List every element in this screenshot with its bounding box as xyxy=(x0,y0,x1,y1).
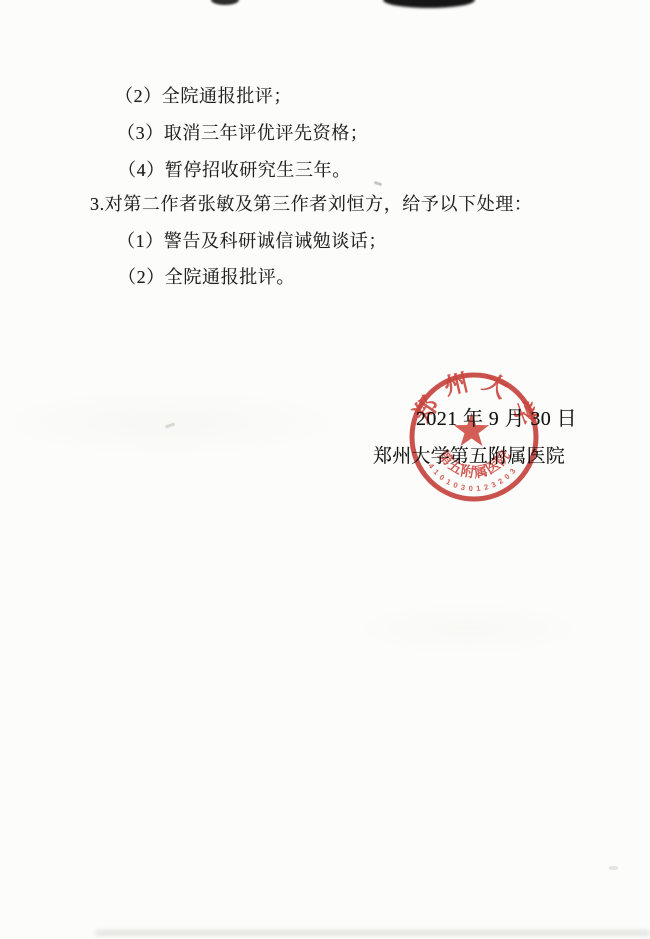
body-line-item-2: （2）全院通报批评； xyxy=(115,82,292,108)
scan-artifact-top-streak xyxy=(383,0,475,8)
body-line-item-1: （1）警告及科研诚信诫勉谈话； xyxy=(117,227,387,253)
scan-speck xyxy=(609,866,618,870)
scan-artifact-top-small xyxy=(211,0,239,5)
scan-speck xyxy=(374,181,383,186)
body-line-item-4: （4）暂停招收研究生三年。 xyxy=(118,156,351,182)
hospital-seal-stamp: 郑州大学 第五附属医院 4101030123203 xyxy=(407,370,541,504)
star-icon xyxy=(454,413,489,447)
scan-speck xyxy=(165,422,175,428)
body-line-clause-3: 3.对第二作者张敏及第三作者刘恒方，给予以下处理： xyxy=(90,190,533,216)
document-page: （2）全院通报批评； （3）取消三年评优评先资格； （4）暂停招收研究生三年。 … xyxy=(0,0,650,939)
body-line-item-3: （3）取消三年评优评先资格； xyxy=(117,119,368,145)
body-line-item-2b: （2）全院通报批评。 xyxy=(118,263,295,289)
scan-artifact-bottom-smudge xyxy=(95,930,650,936)
